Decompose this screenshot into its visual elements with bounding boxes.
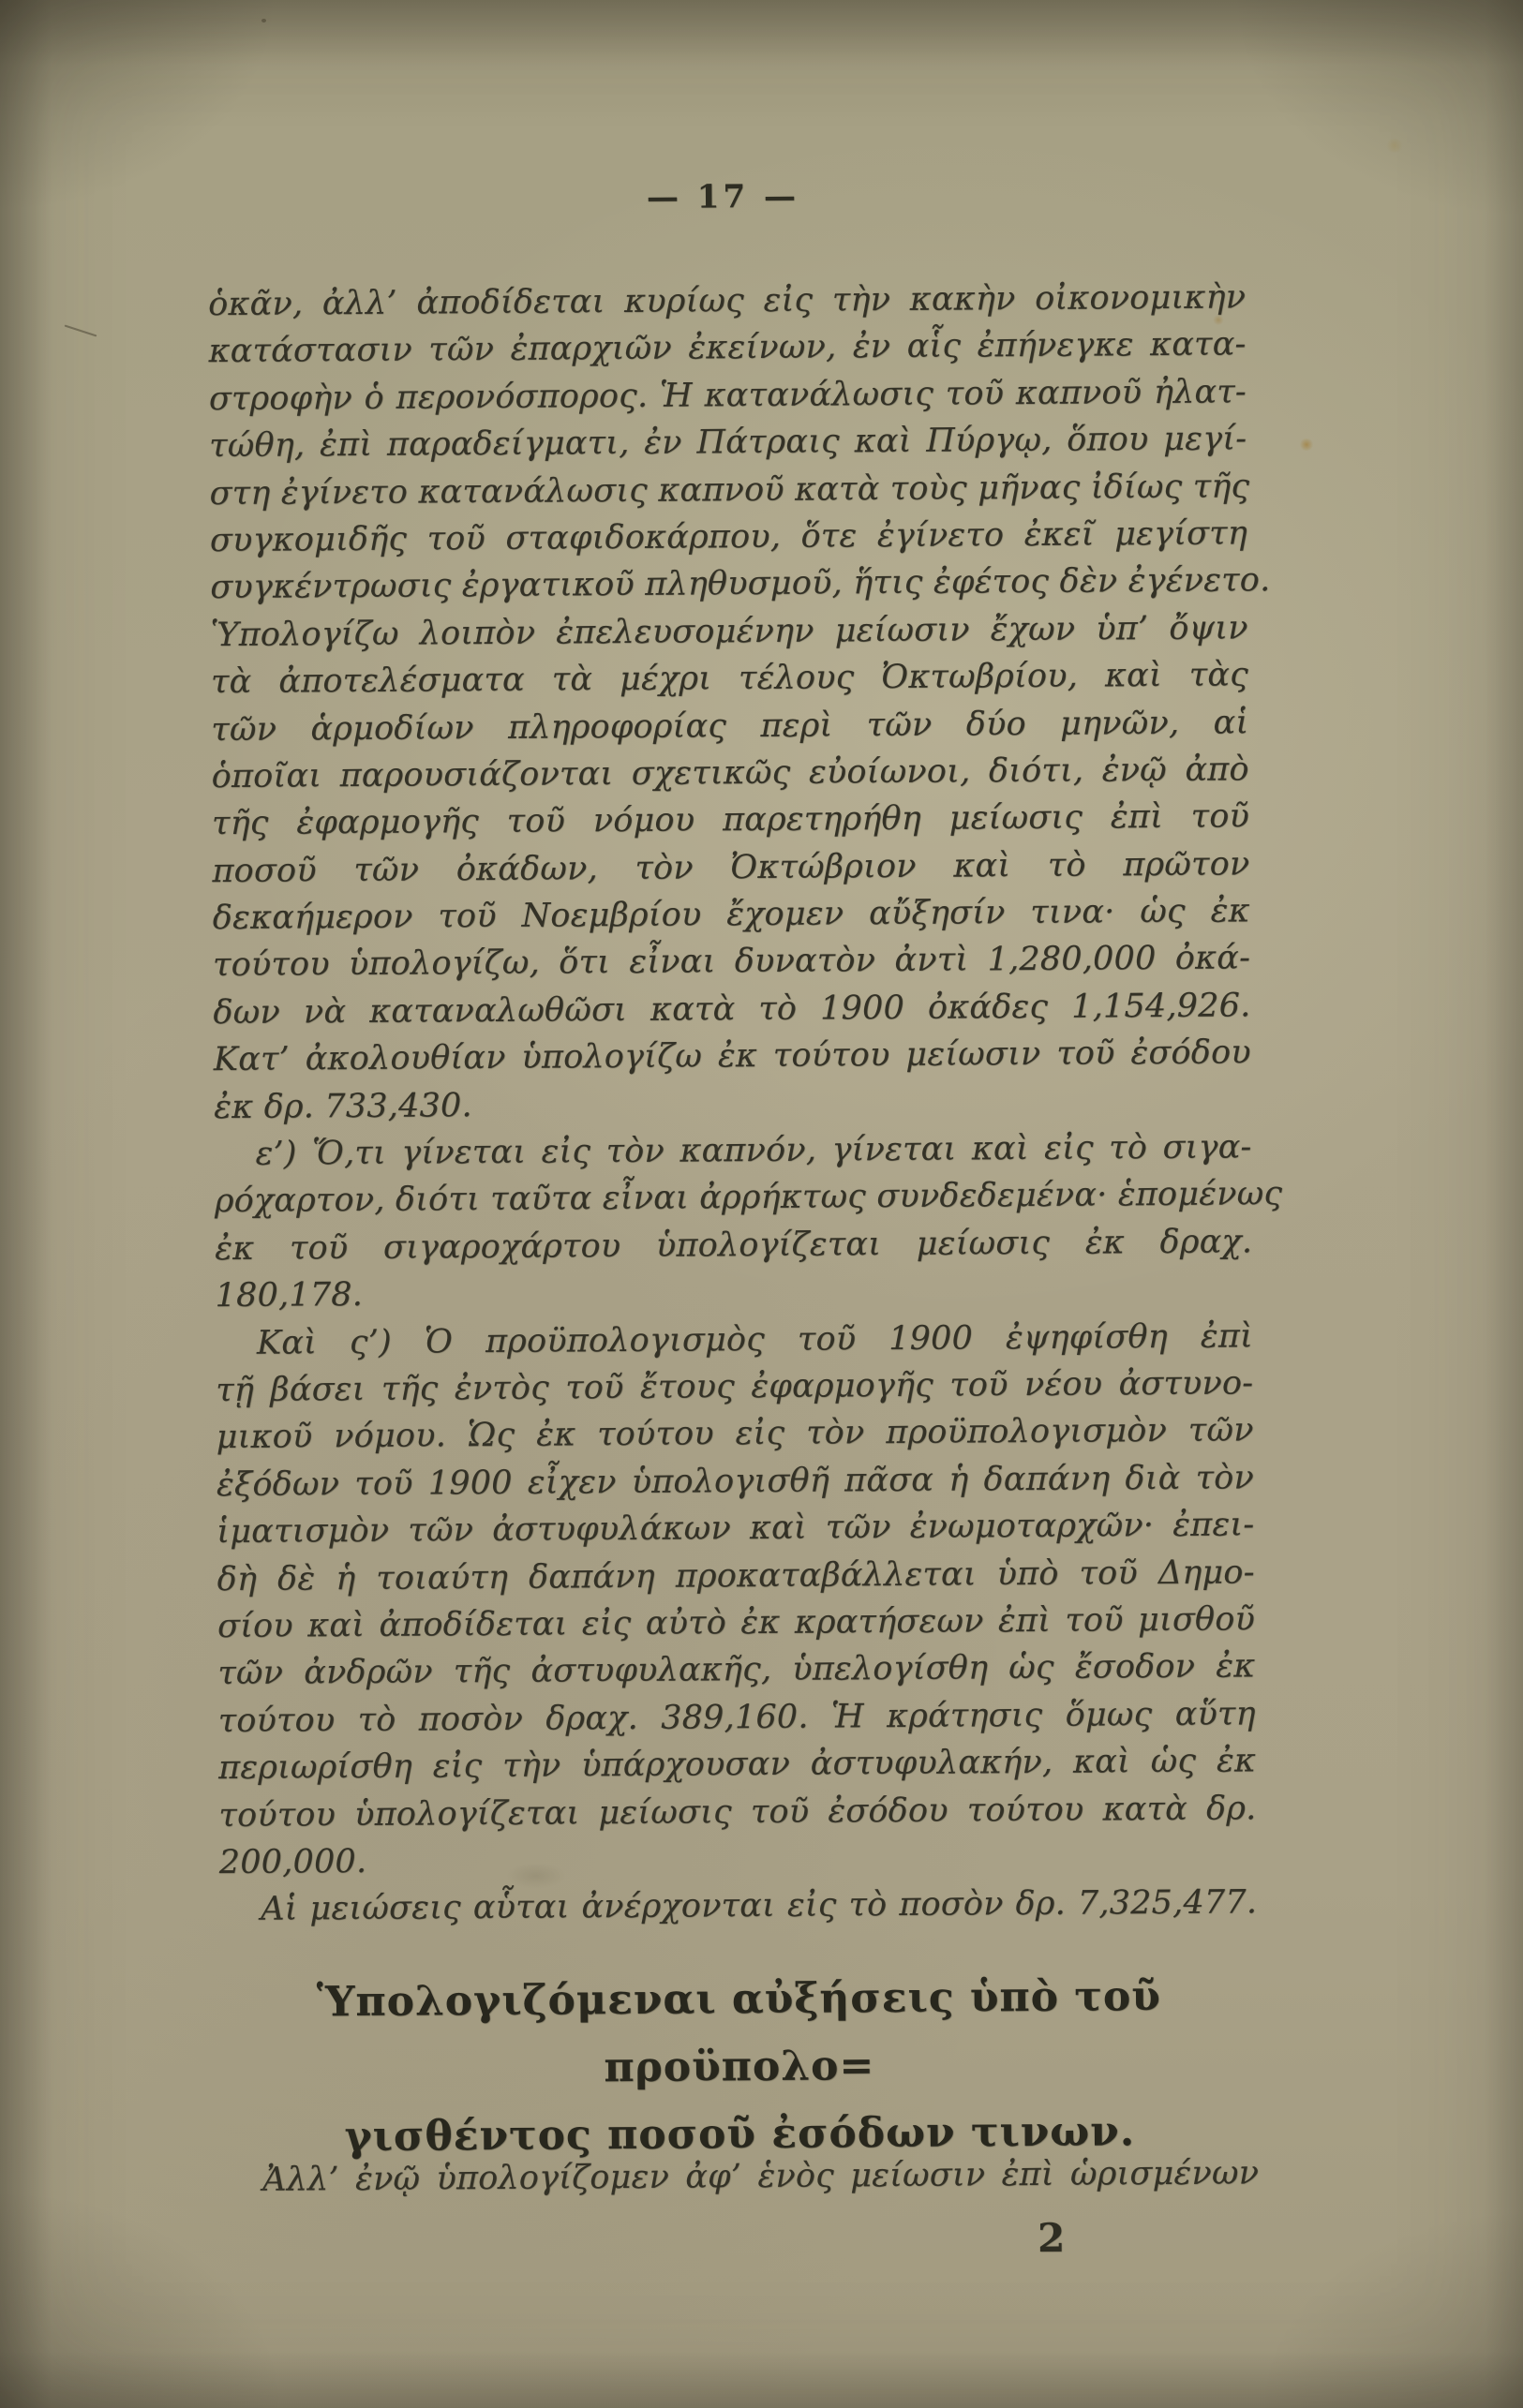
body-line: ὁκᾶν, ἀλλ’ ἀποδίδεται κυρίως εἰς τὴν κακ… — [208, 274, 1246, 328]
body-line: τούτου ὑπολογίζεται μείωσις τοῦ ἐσόδου τ… — [218, 1785, 1256, 1839]
body-line: δων νὰ καταναλωθῶσι κατὰ τὸ 1900 ὀκάδες … — [213, 982, 1250, 1036]
page-content: — 17 — ὁκᾶν, ἀλλ’ ἀποδίδεται κυρίως εἰς … — [0, 0, 1523, 2408]
body-line: ποσοῦ τῶν ὀκάδων, τὸν Ὀκτώβριον καὶ τὸ π… — [212, 840, 1249, 895]
section-heading-line: Ὑπολογιζόμεναι αὐξήσεις ὑπὸ τοῦ προϋπολο… — [220, 1962, 1259, 2104]
body-line: τῆς ἐφαρμογῆς τοῦ νόμου παρετηρήθη μείωσ… — [212, 794, 1249, 848]
body-line: Ἀλλ’ ἐνῷ ὑπολογίζομεν ἀφ’ ἑνὸς μείωσιν ἐ… — [221, 2149, 1259, 2204]
body-line: τούτου τὸ ποσὸν δραχ. 389,160. Ἡ κράτησι… — [218, 1690, 1256, 1745]
body-line: ὁποῖαι παρουσιάζονται σχετικῶς εὐοίωνοι,… — [212, 746, 1249, 800]
body-line: στροφὴν ὁ περονόσπορος. Ἡ κατανάλωσις το… — [209, 368, 1247, 423]
body-line: ἐκ τοῦ σιγαροχάρτου ὑπολογίζεται μείωσις… — [215, 1218, 1252, 1272]
scanned-book-page: — 17 — ὁκᾶν, ἀλλ’ ἀποδίδεται κυρίως εἰς … — [0, 0, 1523, 2408]
body-line: δὴ δὲ ἡ τοιαύτη δαπάνη προκαταβάλλεται ὑ… — [217, 1549, 1255, 1603]
body-line: τώθη, ἐπὶ παραδείγματι, ἐν Πάτραις καὶ Π… — [209, 416, 1247, 470]
page-number: — 17 — — [207, 174, 1238, 219]
body-line: τὰ ἀποτελέσματα τὰ μέχρι τέλους Ὀκτωβρίο… — [211, 651, 1248, 706]
body-line: σίου καὶ ἀποδίδεται εἰς αὐτὸ ἐκ κρατήσεω… — [217, 1596, 1255, 1650]
body-line: Καὶ ς’) Ὁ προϋπολογισμὸς τοῦ 1900 ἐψηφίσ… — [216, 1313, 1253, 1367]
body-line: μικοῦ νόμου. Ὡς ἐκ τούτου εἰς τὸν προϋπο… — [216, 1407, 1253, 1462]
body-line: τούτου ὑπολογίζω, ὅτι εἶναι δυνατὸν ἀντὶ… — [213, 935, 1250, 989]
continuation-paragraph: Ἀλλ’ ἐνῷ ὑπολογίζομεν ἀφ’ ἑνὸς μείωσιν ἐ… — [221, 2149, 1259, 2204]
body-line: συγκέντρωσις ἐργατικοῦ πληθυσμοῦ, ἥτις ἐ… — [210, 557, 1247, 612]
body-line: στη ἐγίνετο κατανάλωσις καπνοῦ κατὰ τοὺς… — [209, 463, 1247, 517]
body-line: τῇ βάσει τῆς ἐντὸς τοῦ ἔτους ἐφαρμογῆς τ… — [216, 1360, 1253, 1414]
body-text-block: ὁκᾶν, ἀλλ’ ἀποδίδεται κυρίως εἰς τὴν κακ… — [208, 274, 1257, 1933]
body-line: ρόχαρτον, διότι ταῦτα εἶναι ἀρρήκτως συν… — [215, 1171, 1252, 1226]
body-line: δεκαήμερον τοῦ Νοεμβρίου ἔχομεν αὔξησίν … — [213, 887, 1250, 942]
body-line: 200,000. — [219, 1832, 1257, 1886]
body-line: Ὑπολογίζω λοιπὸν ἐπελευσομένην μείωσιν ἔ… — [210, 604, 1247, 659]
body-line: τῶν ἀνδρῶν τῆς ἀστυφυλακῆς, ὑπελογίσθη ὡ… — [217, 1643, 1255, 1698]
body-line: τῶν ἁρμοδίων πληροφορίας περὶ τῶν δύο μη… — [211, 699, 1248, 753]
signature-mark: 2 — [1023, 2215, 1079, 2261]
body-line: κατάστασιν τῶν ἐπαρχιῶν ἐκείνων, ἐν αἷς … — [208, 321, 1246, 376]
body-line: Αἱ μειώσεις αὗται ἀνέρχονται εἰς τὸ ποσὸ… — [219, 1880, 1257, 1934]
body-line: περιωρίσθη εἰς τὴν ὑπάρχουσαν ἀστυφυλακή… — [218, 1737, 1256, 1791]
body-line: ἐκ δρ. 733,430. — [214, 1077, 1251, 1131]
body-line: ἐξόδων τοῦ 1900 εἶχεν ὑπολογισθῆ πᾶσα ἡ … — [217, 1454, 1254, 1509]
body-line: ε’) Ὅ,τι γίνεται εἰς τὸν καπνόν, γίνεται… — [214, 1123, 1251, 1178]
body-line: Κατ’ ἀκολουθίαν ὑπολογίζω ἐκ τούτου μείω… — [214, 1030, 1251, 1084]
body-line: ἱματισμὸν τῶν ἀστυφυλάκων καὶ τῶν ἐνωμοτ… — [217, 1501, 1254, 1555]
body-line: συγκομιδῆς τοῦ σταφιδοκάρπου, ὅτε ἐγίνετ… — [210, 510, 1247, 564]
section-heading: Ὑπολογιζόμεναι αὐξήσεις ὑπὸ τοῦ προϋπολο… — [220, 1962, 1259, 2172]
body-line: 180,178. — [215, 1266, 1252, 1320]
